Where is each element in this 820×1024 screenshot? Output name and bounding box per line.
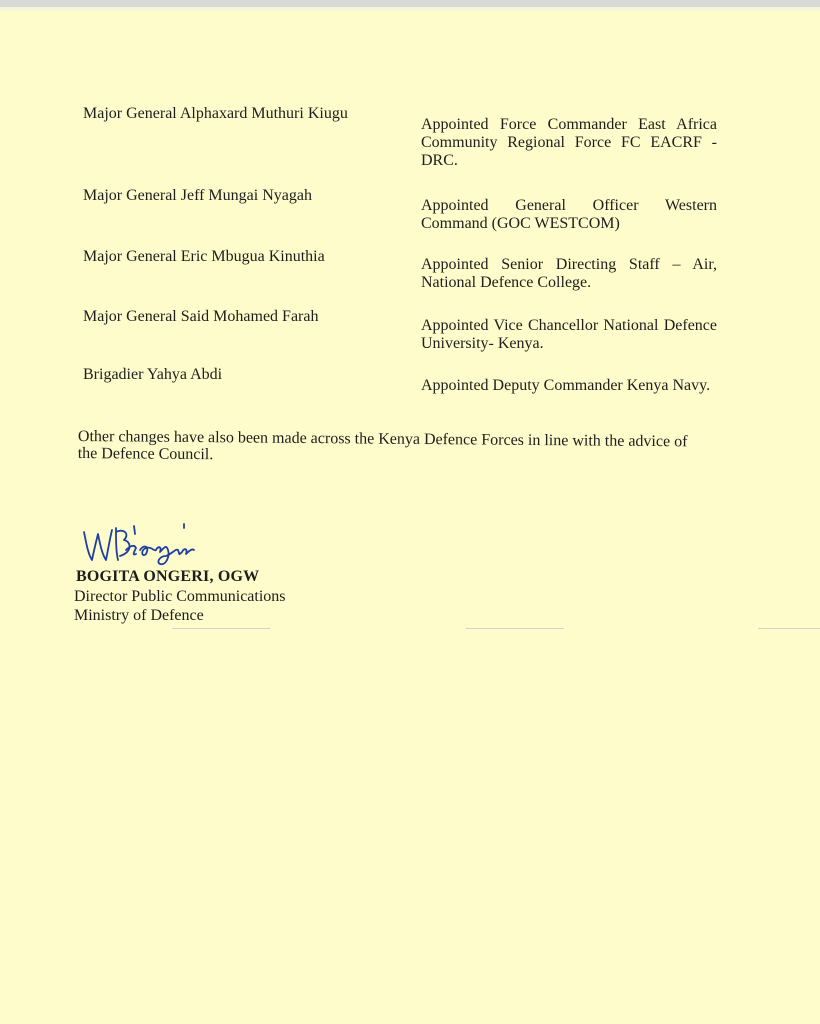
divider-line xyxy=(466,628,564,629)
divider-line xyxy=(758,628,820,629)
appointee-name: Major General Said Mohamed Farah xyxy=(83,308,318,326)
appointment-role: Appointed Deputy Commander Kenya Navy. xyxy=(421,377,717,395)
appointee-name: Brigadier Yahya Abdi xyxy=(83,366,222,384)
signatory-title: Director Public Communications xyxy=(74,588,286,606)
appointment-role: Appointed Vice Chancellor National Defen… xyxy=(421,317,717,353)
handwritten-signature-icon xyxy=(80,520,200,572)
appointment-role: Appointed General Officer Western Comman… xyxy=(421,197,717,233)
appointment-role: Appointed Senior Directing Staff – Air, … xyxy=(421,256,717,292)
appointment-role: Appointed Force Commander East Africa Co… xyxy=(421,116,717,170)
closing-paragraph: Other changes have also been made across… xyxy=(78,428,688,467)
signatory-name: BOGITA ONGERI, OGW xyxy=(76,568,259,586)
appointee-name: Major General Eric Mbugua Kinuthia xyxy=(83,248,325,266)
appointee-name: Major General Alphaxard Muthuri Kiugu xyxy=(83,105,348,123)
appointee-name: Major General Jeff Mungai Nyagah xyxy=(83,187,312,205)
document-page: Major General Alphaxard Muthuri Kiugu Ap… xyxy=(0,0,820,1024)
divider-line xyxy=(172,628,270,629)
signatory-organization: Ministry of Defence xyxy=(74,607,204,625)
